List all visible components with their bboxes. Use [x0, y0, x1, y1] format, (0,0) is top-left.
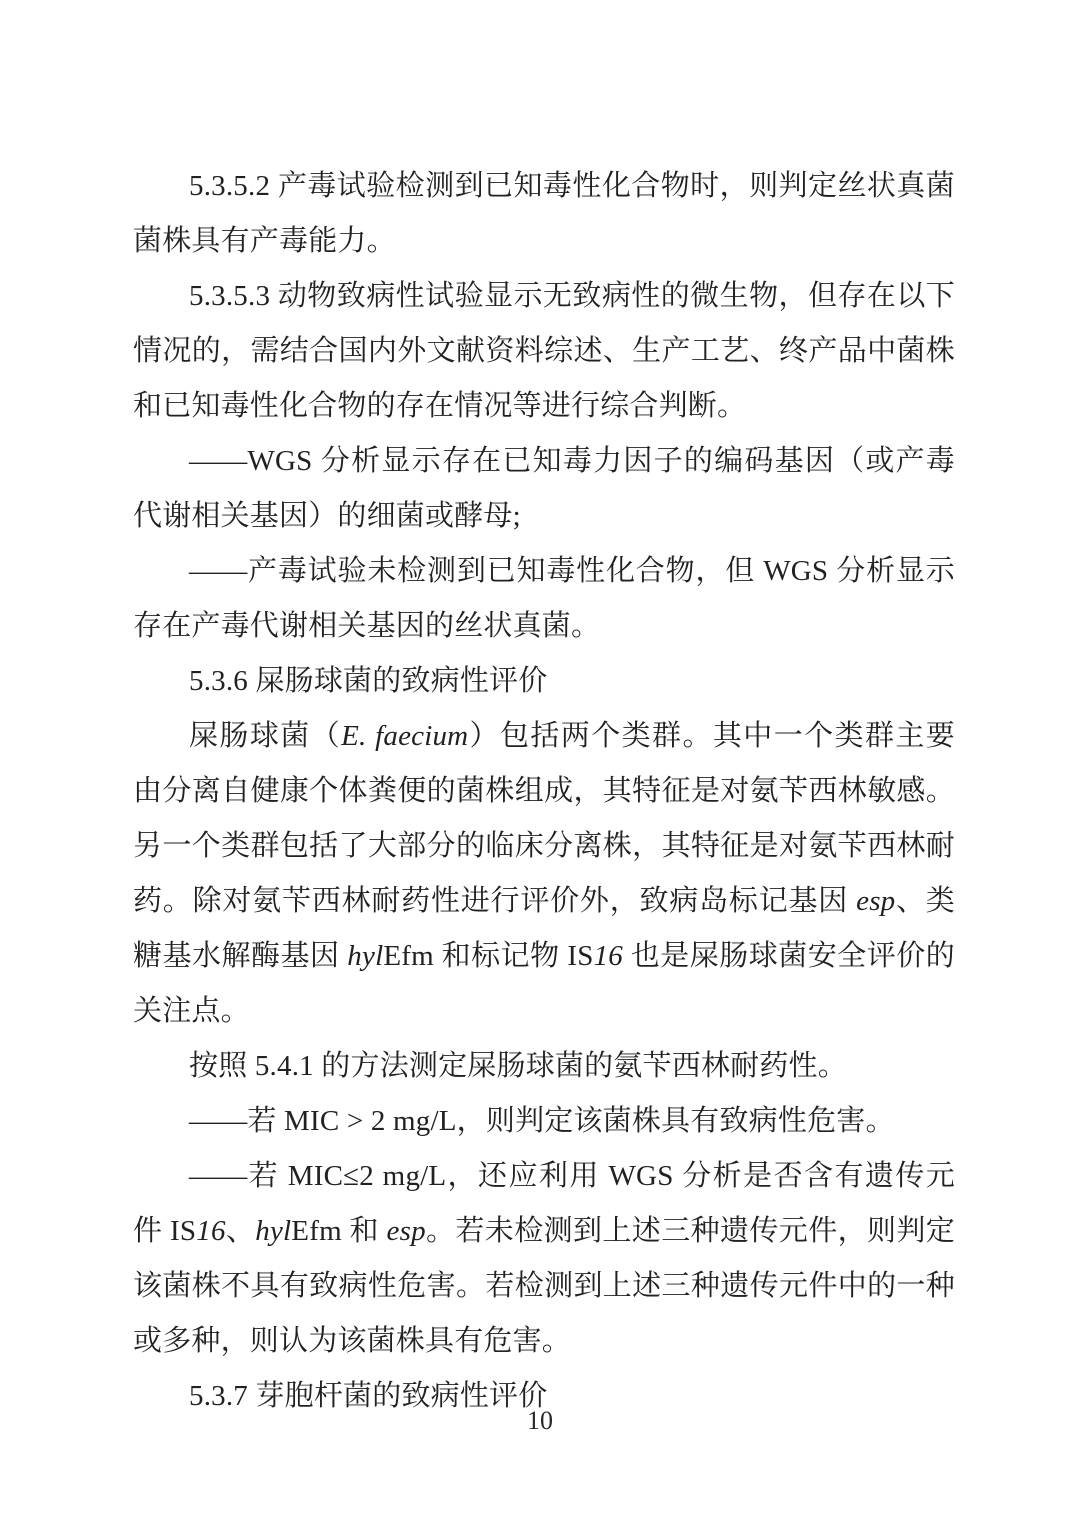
- text-segment: Efm 和: [291, 1215, 386, 1247]
- para-dash-wgs-virulence: ——WGS 分析显示存在已知毒力因子的编码基因（或产毒代谢相关基因）的细菌或酵母…: [133, 434, 955, 544]
- text-segment: ——产毒试验未检测到已知毒性化合物，但 WGS 分析显示存在产毒代谢相关基因的丝…: [133, 555, 955, 642]
- italic-term: hyl: [347, 940, 383, 972]
- text-segment: Efm 和标记物 IS: [383, 940, 593, 972]
- para-5-3-5-2: 5.3.5.2 产毒试验检测到已知毒性化合物时，则判定丝状真菌菌株具有产毒能力。: [133, 159, 955, 269]
- text-segment: 、: [226, 1215, 256, 1247]
- para-5-3-5-3: 5.3.5.3 动物致病性试验显示无致病性的微生物，但存在以下情况的，需结合国内…: [133, 269, 955, 434]
- italic-term: 16: [196, 1215, 225, 1247]
- text-segment: 屎肠球菌（: [189, 720, 341, 752]
- italic-term: hyl: [255, 1215, 291, 1247]
- document-page: 5.3.5.2 产毒试验检测到已知毒性化合物时，则判定丝状真菌菌株具有产毒能力。…: [0, 0, 1080, 1526]
- text-segment: 按照 5.4.1 的方法测定屎肠球菌的氨苄西林耐药性。: [189, 1050, 847, 1082]
- text-segment: ——WGS 分析显示存在已知毒力因子的编码基因（或产毒代谢相关基因）的细菌或酵母…: [133, 445, 955, 532]
- italic-term: E. faecium: [341, 720, 468, 752]
- text-segment: 5.3.5.2 产毒试验检测到已知毒性化合物时，则判定丝状真菌菌株具有产毒能力。: [133, 170, 955, 257]
- para-dash-mic-gt: ——若 MIC > 2 mg/L，则判定该菌株具有致病性危害。: [133, 1094, 955, 1149]
- para-efaecium-groups: 屎肠球菌（E. faecium）包括两个类群。其中一个类群主要由分离自健康个体粪…: [133, 709, 955, 1039]
- italic-term: esp: [856, 885, 895, 917]
- document-body: 5.3.5.2 产毒试验检测到已知毒性化合物时，则判定丝状真菌菌株具有产毒能力。…: [133, 159, 955, 1424]
- text-segment: 5.3.5.3 动物致病性试验显示无致病性的微生物，但存在以下情况的，需结合国内…: [133, 280, 955, 422]
- para-dash-mic-le: ——若 MIC≤2 mg/L，还应利用 WGS 分析是否含有遗传元件 IS16、…: [133, 1149, 955, 1369]
- para-method-5-4-1: 按照 5.4.1 的方法测定屎肠球菌的氨苄西林耐药性。: [133, 1039, 955, 1094]
- text-segment: 5.3.6 屎肠球菌的致病性评价: [189, 665, 547, 697]
- italic-term: esp: [387, 1215, 426, 1247]
- page-number: 10: [0, 1405, 1080, 1437]
- heading-5-3-6: 5.3.6 屎肠球菌的致病性评价: [133, 654, 955, 709]
- text-segment: ——若 MIC > 2 mg/L，则判定该菌株具有致病性危害。: [189, 1105, 895, 1137]
- italic-term: 16: [594, 940, 623, 972]
- para-dash-toxin-test: ——产毒试验未检测到已知毒性化合物，但 WGS 分析显示存在产毒代谢相关基因的丝…: [133, 544, 955, 654]
